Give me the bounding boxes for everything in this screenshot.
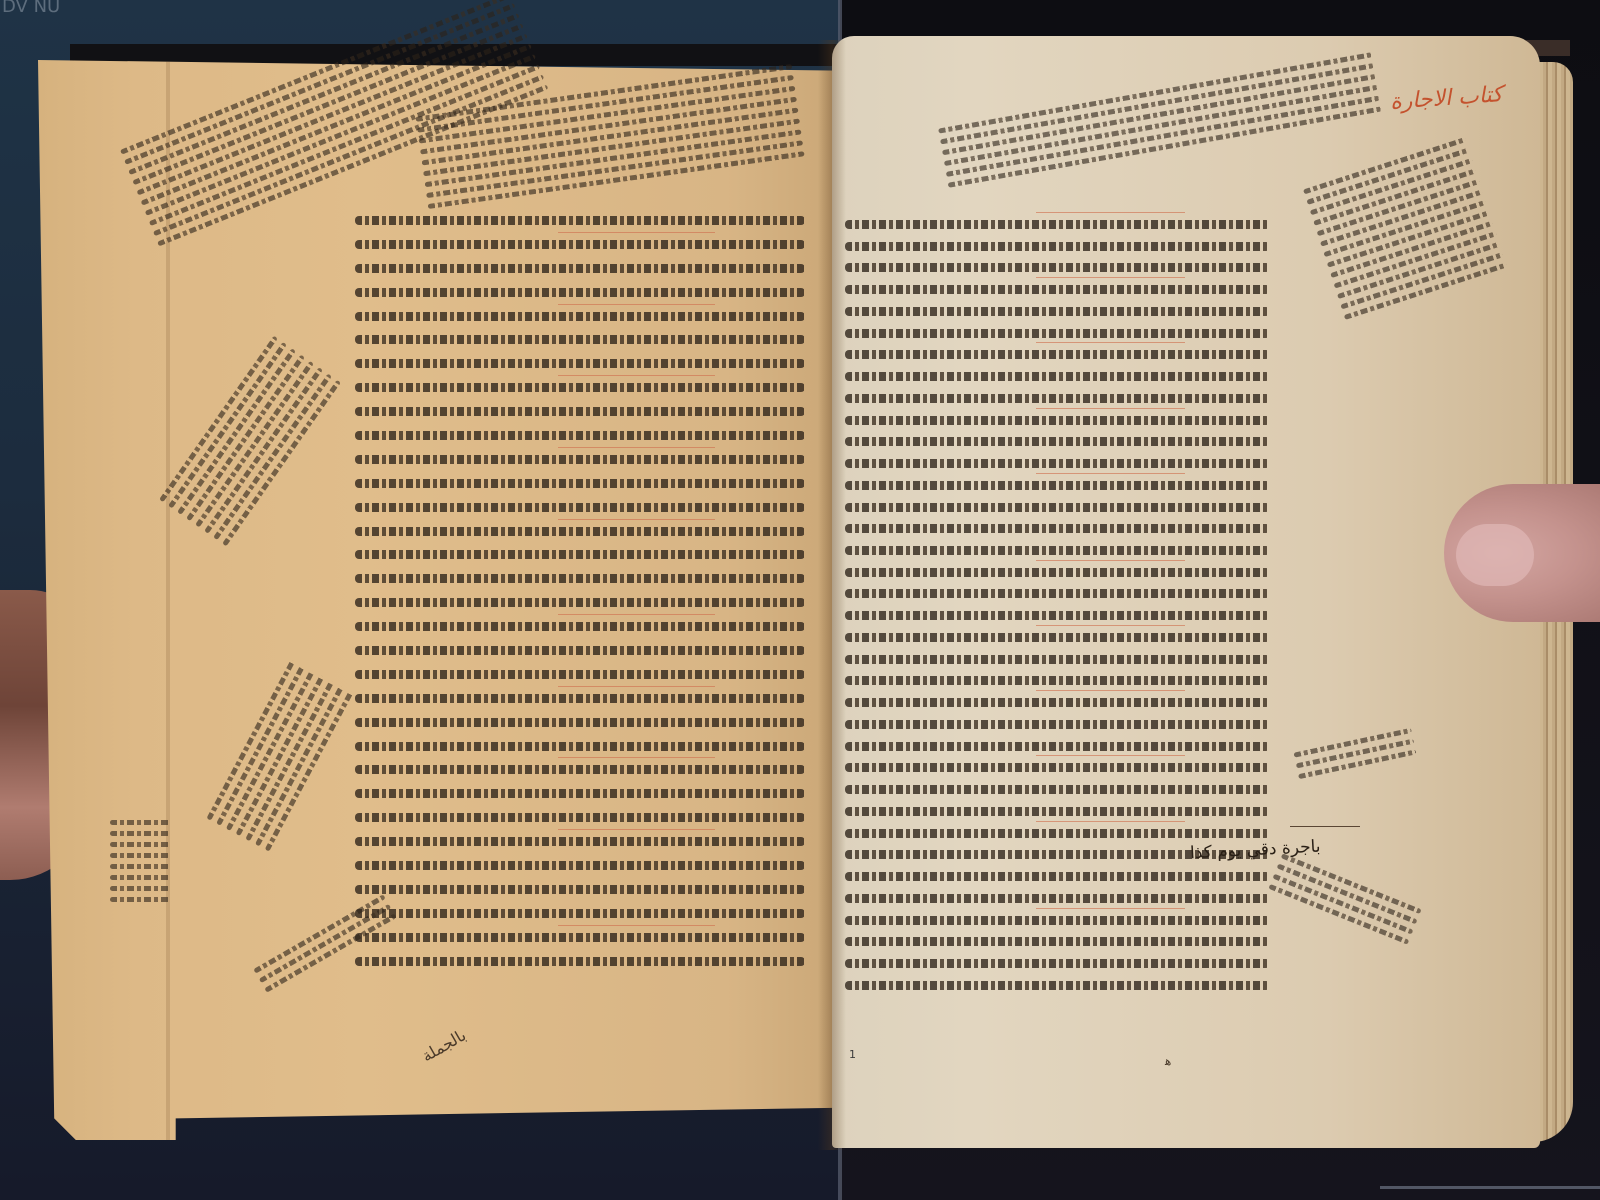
- text-line: [845, 503, 1270, 512]
- text-line: [355, 383, 805, 392]
- text-line: [845, 676, 1270, 685]
- text-line: [355, 885, 805, 894]
- text-line: [845, 937, 1270, 946]
- left-main-text: [355, 216, 805, 966]
- text-line: [845, 959, 1270, 968]
- text-line: [355, 646, 805, 655]
- text-line: [845, 437, 1270, 446]
- gloss-line: [110, 864, 170, 869]
- gloss-line: [110, 897, 170, 902]
- text-line: [845, 807, 1270, 816]
- backdrop-rail-horizontal: [1380, 1186, 1600, 1189]
- text-line: [845, 307, 1270, 316]
- text-line: [845, 481, 1270, 490]
- gloss-line: [110, 875, 170, 880]
- text-line: [355, 479, 805, 488]
- text-line: [355, 264, 805, 273]
- text-line: [845, 459, 1270, 468]
- gloss-line: [110, 820, 170, 825]
- text-line: [355, 550, 805, 559]
- gutter: [818, 40, 846, 1150]
- text-line: [355, 431, 805, 440]
- text-line: [355, 909, 805, 918]
- text-line: [355, 718, 805, 727]
- text-line: [355, 622, 805, 631]
- gloss-line: [110, 853, 170, 858]
- text-line: [845, 242, 1270, 251]
- bottom-mark: ﻫ: [1165, 1054, 1171, 1068]
- text-line: [355, 957, 805, 966]
- text-line: [355, 598, 805, 607]
- text-line: [845, 394, 1270, 403]
- text-line: [355, 216, 805, 225]
- gloss-line: [110, 842, 170, 847]
- text-line: [355, 861, 805, 870]
- text-line: [845, 655, 1270, 664]
- text-line: [845, 416, 1270, 425]
- text-line: [355, 694, 805, 703]
- text-line: [845, 720, 1270, 729]
- text-line: [355, 527, 805, 536]
- text-line: [845, 633, 1270, 642]
- text-line: [845, 894, 1270, 903]
- text-line: [355, 574, 805, 583]
- text-line: [355, 407, 805, 416]
- text-line: [845, 763, 1270, 772]
- text-line: [845, 546, 1270, 555]
- text-line: [355, 335, 805, 344]
- note-rule: [1290, 826, 1360, 827]
- gloss-line: [110, 886, 170, 891]
- text-line: [845, 872, 1270, 881]
- text-line: [845, 916, 1270, 925]
- text-line: [845, 350, 1270, 359]
- right-main-text: [845, 220, 1270, 990]
- text-line: [355, 312, 805, 321]
- text-line: [845, 698, 1270, 707]
- text-line: [845, 589, 1270, 598]
- text-line: [845, 285, 1270, 294]
- text-line: [355, 359, 805, 368]
- left-gloss-outer: [110, 820, 170, 902]
- thumbnail: [1456, 524, 1534, 586]
- gloss-line: [110, 831, 170, 836]
- text-line: [355, 765, 805, 774]
- text-line: [355, 813, 805, 822]
- text-line: [845, 329, 1270, 338]
- text-line: [355, 670, 805, 679]
- text-line: [355, 789, 805, 798]
- text-line: [355, 933, 805, 942]
- text-line: [355, 503, 805, 512]
- text-line: [845, 981, 1270, 990]
- text-line: [845, 829, 1270, 838]
- text-line: [355, 837, 805, 846]
- text-line: [355, 288, 805, 297]
- text-line: [845, 263, 1270, 272]
- text-line: [845, 742, 1270, 751]
- text-line: [355, 742, 805, 751]
- text-line: [845, 524, 1270, 533]
- text-line: [845, 785, 1270, 794]
- backdrop-label: DV NU: [2, 0, 60, 17]
- folio-mark: 1: [849, 1048, 856, 1061]
- text-line: [845, 568, 1270, 577]
- right-thumb: [1444, 484, 1600, 622]
- text-line: [845, 611, 1270, 620]
- text-line: [845, 372, 1270, 381]
- text-line: [355, 240, 805, 249]
- text-line: [845, 220, 1270, 229]
- text-line: [355, 455, 805, 464]
